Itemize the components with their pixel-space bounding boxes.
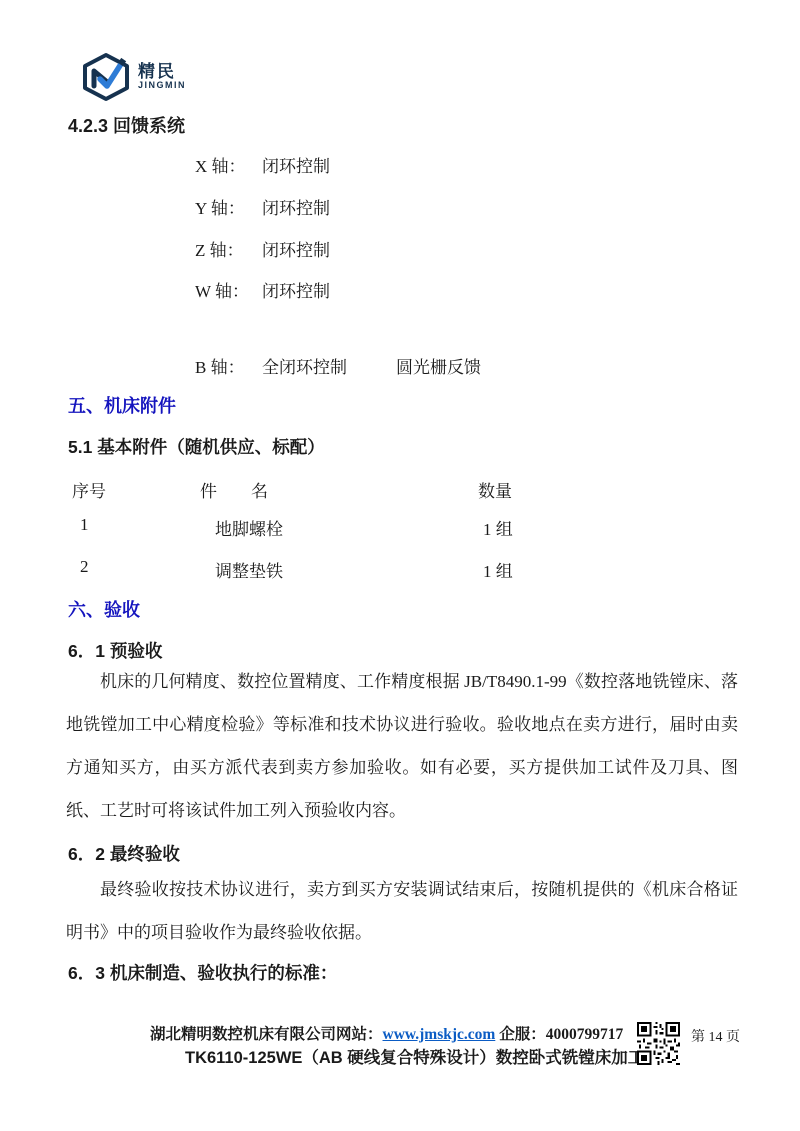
cell-qty: 1 组 xyxy=(483,515,513,540)
axis-label: X 轴： xyxy=(195,152,262,177)
subsection-heading-standards: 6．3 机床制造、验收执行的标准： xyxy=(68,960,337,985)
axis-label: B 轴： xyxy=(195,353,262,378)
table-header-no: 序号 xyxy=(72,477,106,502)
cell-no: 1 xyxy=(80,515,89,535)
paragraph-pre-acceptance: 机床的几何精度、数控位置精度、工作精度根据 JB/T8490.1-99《数控落地… xyxy=(66,660,738,832)
logo-text: 精民 JINGMIN xyxy=(138,63,186,91)
logo-name-en: JINGMIN xyxy=(138,80,186,91)
table-header-name: 件 名 xyxy=(200,477,268,502)
cell-name: 调整垫铁 xyxy=(215,557,283,582)
axis-label: W 轴： xyxy=(195,277,262,302)
axis-value: 闭环控制 xyxy=(262,157,330,176)
qr-code-icon xyxy=(637,1022,680,1065)
section-heading-feedback: 4.2.3 回馈系统 xyxy=(68,112,185,138)
logo-mark-icon xyxy=(80,52,132,102)
cell-name: 地脚螺栓 xyxy=(215,515,283,540)
axis-row-z: Z 轴：闭环控制 xyxy=(195,236,330,261)
footer-company-line: 湖北精明数控机床有限公司网站：www.jmskjc.com 企服：4000799… xyxy=(150,1022,623,1044)
axis-row-y: Y 轴：闭环控制 xyxy=(195,194,330,219)
logo-name-cn: 精民 xyxy=(138,63,186,80)
section-heading-accessories: 五、机床附件 xyxy=(68,392,176,418)
axis-value: 闭环控制 xyxy=(262,282,330,301)
axis-value: 闭环控制 xyxy=(262,199,330,218)
section-heading-acceptance: 六、验收 xyxy=(68,596,140,622)
axis-extra-value: 圆光栅反馈 xyxy=(396,353,481,378)
axis-row-x: X 轴：闭环控制 xyxy=(195,152,330,177)
cell-qty: 1 组 xyxy=(483,557,513,582)
axis-row-b: B 轴：全闭环控制圆光栅反馈 xyxy=(195,353,481,378)
footer-company-text: 湖北精明数控机床有限公司网站： xyxy=(150,1026,383,1043)
table-header-qty: 数量 xyxy=(478,477,512,502)
footer-product-line: TK6110-125WE（AB 硬线复合特殊设计）数控卧式铣镗床加工中心 xyxy=(185,1044,677,1068)
axis-label: Z 轴： xyxy=(195,236,262,261)
axis-row-w: W 轴：闭环控制 xyxy=(195,277,330,302)
document-page: 精民 JINGMIN 4.2.3 回馈系统 X 轴：闭环控制 Y 轴：闭环控制 … xyxy=(0,0,800,1131)
axis-value: 全闭环控制 xyxy=(262,358,347,377)
footer-service-text: 企服：4000799717 xyxy=(495,1026,623,1043)
page-number: 第 14 页 xyxy=(691,1026,740,1046)
paragraph-final-acceptance: 最终验收按技术协议进行，卖方到买方安装调试结束后，按随机提供的《机床合格证明书》… xyxy=(66,868,738,954)
axis-value: 闭环控制 xyxy=(262,241,330,260)
subsection-heading-final-acceptance: 6．2 最终验收 xyxy=(68,841,180,866)
cell-no: 2 xyxy=(80,557,89,577)
company-logo: 精民 JINGMIN xyxy=(80,52,186,102)
footer-website-link[interactable]: www.jmskjc.com xyxy=(383,1026,496,1043)
subsection-heading-basic-accessories: 5.1 基本附件（随机供应、标配） xyxy=(68,434,325,459)
axis-label: Y 轴： xyxy=(195,194,262,219)
